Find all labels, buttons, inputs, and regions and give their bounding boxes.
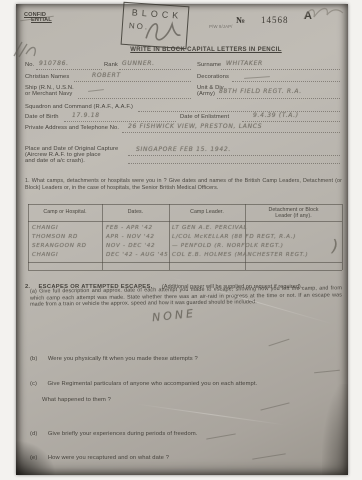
scan-shadow-corner [322,384,348,475]
table-border [28,262,342,263]
table-border [28,204,342,205]
table-row-camp: SERANGOON RD [32,243,87,249]
margin-pencil-marks-icon [12,36,46,60]
dotted-rule [122,131,340,133]
table-row-camp: THOMSON RD [32,234,78,240]
dotted-rule [232,80,340,82]
table-row-camp: CHANGI [32,225,58,231]
pencil-dash-mark [206,433,236,439]
question-2d-label: (d) [30,431,37,437]
pencil-scrawl-icon [140,14,184,47]
question-2c-label: (c) [30,381,37,387]
serial-number: 14568 [261,15,289,25]
question-2c-followup: What happened to them ? [42,397,111,404]
question-2b-label: (b) [30,356,37,362]
capture-label-line3: and date of a/c crash). [25,158,85,165]
question-2d-row: (d) Give briefly your experiences during… [30,422,197,440]
corner-pencil-squiggle-icon [300,4,346,22]
question-2e-row: (e) How were you recaptured and on what … [30,446,169,464]
form-reference: P/W 9/JAP/ [209,23,232,30]
table-row-leader: L/COL McKELLAR (88 FD REGT, R.A.) [172,234,296,240]
enlistment-value: 9.4.39 (T.A.) [253,112,299,119]
rank-value: GUNNER. [122,60,155,67]
table-row-dates: NOV - DEC '42 [106,243,155,249]
dotted-rule [74,80,191,82]
dotted-rule [36,68,102,70]
pencil-dash-mark [252,453,286,459]
dotted-rule [217,97,340,99]
table-header-camp: Camp or Hospital. [28,209,102,216]
question-2a-text: (a) Give full description and approx. da… [30,285,342,308]
question-2e-label: (e) [30,455,37,461]
question-2c-text: Give Regimental particulars of anyone wh… [48,381,258,387]
rank-label: Rank [104,62,118,69]
surname-value: WHITAKER [226,60,263,67]
dotted-rule [64,120,176,122]
dotted-rule [119,68,191,70]
christian-names-value: ROBERT [92,72,121,79]
table-row-dates: FEB - APR '42 [106,225,153,231]
table-border [28,221,342,222]
decorations-label: Decorations [197,74,229,81]
dotted-rule [128,162,340,164]
block-number-stamp: BLOCK NO. [121,2,190,49]
numero-sign: № [236,15,245,25]
question-2b-text: Were you physically fit when you made th… [48,356,198,362]
table-row-leader: LT GEN A.E. PERCIVAL [172,225,247,231]
unit-label-line2: (Army) [197,91,215,98]
table-header-detachment-line2: Leader (if any). [245,213,342,220]
dotted-rule [78,97,191,99]
pencil-dash-mark [88,89,104,92]
question-2e-text: How were you recaptured and on what date… [48,455,169,461]
question-1-text: 1. What camps, detachments or hospitals … [25,178,342,191]
table-header-leader: Camp Leader. [169,209,245,216]
instruction-banner: WRITE IN BLOCK CAPITAL LETTERS IN PENCIL [76,47,336,54]
pencil-dash-mark [244,76,270,79]
table-row-camp: CHANGI [32,252,58,258]
date-of-birth-value: 17.9.18 [72,112,100,119]
table-row-dates: APR - NOV '42 [106,234,155,240]
none-answer: NONE [151,307,196,325]
dotted-rule [221,68,340,70]
no-value: 910786. [39,60,69,67]
enlistment-label: Date of Enlistment [180,114,229,121]
table-row-leader: — PENFOLD (R. NORFOLK REGT.) [172,243,284,249]
table-row-dates: DEC '42 - AUG '45 [106,252,168,258]
document-page: CONFID ENTIAL BLOCK NO. P/W 9/JAP/ № 145… [16,4,348,475]
question-2d-text: Give briefly your experiences during per… [48,431,198,437]
christian-names-label: Christian Names [25,74,69,81]
date-of-birth-label: Date of Birth [25,114,59,121]
table-header-dates: Dates. [102,209,169,216]
no-label: No. [25,62,34,69]
dotted-rule [242,120,340,122]
address-label: Private Address and Telephone No. [25,125,119,132]
pencil-flourish: ) [332,236,338,255]
table-border [28,270,342,271]
table-row-leader: COL E.B. HOLMES (MANCHESTER REGT.) [172,252,308,258]
ship-label-line2: or Merchant Navy [25,91,72,98]
unit-value: 88TH FIELD REGT. R.A. [219,88,302,95]
dotted-rule [138,110,340,112]
address-value: 26 FISHWICK VIEW, PRESTON, LANCS [128,123,262,130]
table-border [342,204,343,270]
pencil-dash-mark [314,370,340,374]
squadron-label: Squadron and Command (R.A.F., A.A.F.) [25,104,133,111]
pencil-dash-mark [260,402,289,410]
dotted-rule [128,154,340,156]
question-2b-row: (b) Were you physically fit when you mad… [30,347,198,365]
surname-label: Surname [197,62,221,69]
capture-value: SINGAPORE FEB 15. 1942. [136,146,231,153]
question-2c-row: (c) Give Regimental particulars of anyon… [30,372,257,390]
pencil-dash-mark [268,339,289,347]
